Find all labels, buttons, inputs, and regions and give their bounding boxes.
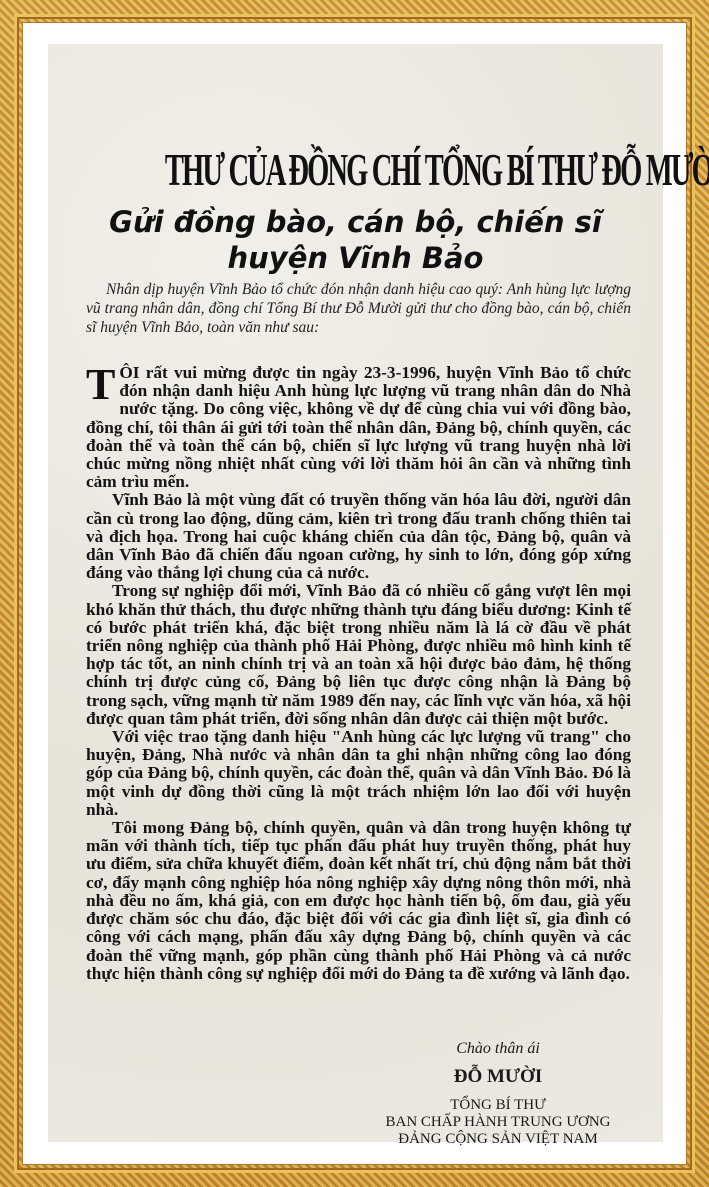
signer-name: ĐỖ MƯỜI (378, 1066, 618, 1088)
closing-greeting: Chào thân ái (378, 1040, 618, 1058)
drop-cap: T (86, 366, 115, 404)
position-line-1: TỔNG BÍ THƯ (338, 1097, 658, 1114)
paragraph-3: Trong sự nghiệp đổi mới, Vĩnh Bảo đã có … (86, 582, 631, 728)
article-title: THƯ CỦA ĐỒNG CHÍ TỔNG BÍ THƯ ĐỖ MƯỜI (165, 142, 546, 198)
paragraph-2: Vĩnh Bảo là một vùng đất có truyền thống… (86, 491, 631, 582)
article-subtitle: Gửi đồng bào, cán bộ, chiến sĩ huyện Vĩn… (48, 204, 663, 276)
position-line-3: ĐẢNG CỘNG SẢN VIỆT NAM (338, 1131, 658, 1148)
article-intro: Nhân dịp huyện Vĩnh Bảo tổ chức đón nhận… (86, 280, 631, 337)
subtitle-line-2: huyện Vĩnh Bảo (48, 240, 663, 276)
newspaper-clipping: THƯ CỦA ĐỒNG CHÍ TỔNG BÍ THƯ ĐỖ MƯỜI Gửi… (48, 44, 663, 1142)
signer-position: TỔNG BÍ THƯ BAN CHẤP HÀNH TRUNG ƯƠNG ĐẢN… (338, 1097, 658, 1148)
paragraph-5: Tôi mong Đảng bộ, chính quyền, quân và d… (86, 819, 631, 983)
subtitle-line-1: Gửi đồng bào, cán bộ, chiến sĩ (48, 204, 663, 240)
article-body: TÔI rất vui mừng được tin ngày 23-3-1996… (86, 364, 631, 983)
paragraph-4: Với việc trao tặng danh hiệu "Anh hùng c… (86, 728, 631, 819)
paragraph-1: TÔI rất vui mừng được tin ngày 23-3-1996… (86, 364, 631, 491)
position-line-2: BAN CHẤP HÀNH TRUNG ƯƠNG (338, 1114, 658, 1131)
